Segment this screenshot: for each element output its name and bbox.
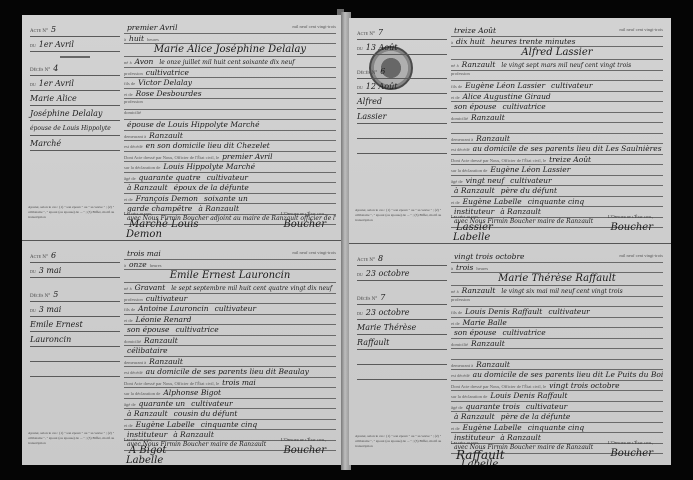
declarant-name: Louis Hippolyte Marché — [163, 162, 255, 171]
officer-signature: Boucher — [610, 222, 653, 233]
death-record-act-8: Acte N°8 du23 octobre Décès N°7 du23 oct… — [349, 243, 671, 465]
witness-name: Eugène Labelle — [463, 423, 522, 432]
act-date: 1er Avril — [39, 40, 74, 49]
act-date: 23 octobre — [366, 269, 410, 278]
right-page: Acte N°7 du13 Août Décès N°6 du12 Août A… — [349, 18, 671, 465]
record-body: vingt trois octobremil neuf cent vingt-t… — [451, 252, 663, 454]
act-number: 8 — [378, 254, 383, 263]
act-number: 7 — [378, 28, 383, 37]
margin-name: Marie Thérèse — [357, 323, 416, 332]
witness-name: François Demon — [136, 194, 198, 203]
father-name: Antoine Lauroncin — [138, 304, 208, 313]
witness-name: Eugène Labelle — [136, 420, 195, 429]
death-day: premier Avril — [127, 23, 177, 32]
footnotes: Ajouter, selon le cas : (1) " son époux … — [355, 434, 445, 449]
record-body: treize Aoûtmil neuf cent vingt-trois àdi… — [451, 26, 663, 228]
death-day: trois mai — [127, 249, 161, 258]
declarant-name: Eugène Léon Lassier — [490, 165, 570, 174]
officer-signature: Boucher — [283, 219, 326, 230]
death-day: vingt trois octobre — [454, 252, 524, 261]
act-date: 13 Août — [366, 43, 398, 52]
deceased-name: Marie Alice Joséphine Delalay — [127, 44, 333, 55]
deceased-name: Marie Thérèse Raffault — [454, 273, 660, 284]
mother-name: Léonie Renard — [136, 315, 192, 324]
mother-name: Rose Desbourdes — [136, 89, 202, 98]
record-body: premier Avrilmil neuf cent vingt-trois à… — [124, 23, 336, 225]
act-number: 5 — [51, 25, 56, 34]
act-number: 6 — [51, 251, 56, 260]
father-name: Victor Delalay — [138, 78, 192, 87]
mother-name: Marie Balle — [463, 318, 507, 327]
act-date: 3 mai — [39, 266, 62, 275]
record-margin: Acte N°8 du23 octobre Décès N°7 du23 oct… — [357, 254, 447, 383]
witness-signature: Labelle — [126, 455, 163, 465]
officer-signature: Boucher — [283, 445, 326, 456]
witness-signature: Demon — [126, 229, 162, 240]
margin-name: Alfred — [357, 97, 382, 106]
deceased-name: Emile Ernest Lauroncin — [127, 270, 333, 281]
record-margin: Acte N°6 du3 mai Décès N°5 du3 mai Emile… — [30, 251, 120, 380]
record-margin: Acte N°7 du13 Août Décès N°6 du12 Août A… — [357, 28, 447, 157]
divider — [60, 56, 90, 58]
witness-name: Eugène Labelle — [463, 197, 522, 206]
margin-name: Marie Alice — [30, 94, 77, 103]
officer-signature: Boucher — [610, 448, 653, 459]
mother-name: Alice Augustine Giraud — [463, 92, 551, 101]
record-body: trois maimil neuf cent vingt-trois àonze… — [124, 249, 336, 451]
witness-signature: Labelle — [461, 459, 498, 465]
father-name: Louis Denis Raffault — [465, 307, 542, 316]
margin-name: Emile Ernest — [30, 320, 83, 329]
left-page: Acte N°5 du1er Avril Décès N°4 du1er Avr… — [22, 15, 345, 465]
death-record-act-7: Acte N°7 du13 Août Décès N°6 du12 Août A… — [349, 18, 671, 243]
death-record-act-6: Acte N°6 du3 mai Décès N°5 du3 mai Emile… — [22, 240, 345, 465]
declarant-name: Alphonse Bigot — [163, 388, 221, 397]
father-name: Eugène Léon Lassier — [465, 81, 545, 90]
deceased-name: Alfred Lassier — [454, 47, 660, 58]
footnotes: Ajouter, selon le cas : (1) " son époux … — [28, 431, 118, 446]
signatures: Marché Louis Demon Boucher — [124, 219, 336, 239]
record-margin: Acte N°5 du1er Avril Décès N°4 du1er Avr… — [30, 25, 120, 154]
death-day: treize Août — [454, 26, 496, 35]
witness-signature: Labelle — [453, 232, 490, 243]
signatures: Raffault Labelle Boucher — [451, 448, 663, 465]
declarant-name: Louis Denis Raffault — [490, 391, 567, 400]
footnotes: Ajouter, selon le cas : (1) " son époux … — [355, 208, 445, 223]
death-record-act-5: Acte N°5 du1er Avril Décès N°4 du1er Avr… — [22, 15, 345, 240]
signatures: Lassier Labelle Boucher — [451, 222, 663, 242]
signatures: A Bigot Labelle Boucher — [124, 445, 336, 465]
footnotes: Ajouter, selon le cas : (1) " son époux … — [28, 205, 118, 220]
